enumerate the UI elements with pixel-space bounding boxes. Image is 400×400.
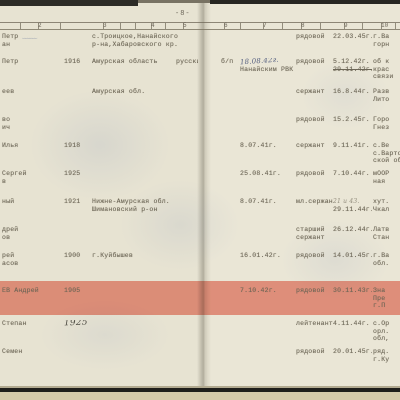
column-tick [20,23,21,29]
text-line: 1905 [64,287,92,295]
text-line: Горо [373,116,400,124]
text-line: рядовой [296,33,333,41]
cell-date: 4.11.44г. [333,320,372,328]
text-line: ич [2,124,62,132]
text-line: 1921 [64,198,92,206]
cell-rank: рядовой [296,58,333,66]
page-number: -8- [175,10,191,18]
text-line: г.П [373,302,400,310]
column-number: 10 [381,22,388,29]
text-line: 21 и 43. [333,198,372,206]
column-number: 7 [263,22,267,29]
cell-notes: ГороГнез [373,116,400,131]
text-line: 29.11.42г. [333,66,372,74]
cell-notes: ЛатвСтан [373,226,400,241]
cell-name: ный [2,198,62,206]
page-fold-seam [197,0,211,400]
text-line: 29.11.44г. [333,206,372,214]
column-number: 3 [103,22,107,29]
text-line: 7.10.44г. [333,170,372,178]
text-line: 4.11.44г. [333,320,372,328]
column-tick [320,23,321,29]
text-line: 15.2.45г. [333,116,372,124]
text-line: старший [296,226,333,234]
text-line: 8.07.41г. [240,198,295,206]
cell-name: Семен [2,348,62,356]
cell-name: Сергейв [2,170,62,185]
cell-notes: ЗнаПрег.П [373,287,400,310]
text-line: 30.11.43г. [333,287,372,295]
column-tick [165,23,166,29]
cell-name: ЕВ Андрей [2,287,62,295]
cell-enlistment: 25.08.41г. [240,170,295,178]
cell-birth-year: 1925 [64,320,92,328]
cell-date: 16.8.44г. [333,88,372,96]
cell-birth-year: 1916 [64,58,92,66]
cell-name: дрейов [2,226,62,241]
text-line: с.Троицкое,Нанайского [92,33,192,41]
cell-rank: мл.сержант [296,198,333,206]
column-tick [240,23,241,29]
text-line: 1925 [64,320,88,328]
text-line: р-на,Хабаровского кр. [92,41,192,49]
cell-rank: рядовой [296,33,333,41]
text-line: 26.12.44г. [333,226,372,234]
cell-date: 5.12.42г.29.11.42г. [333,58,372,73]
column-number: 4 [151,22,155,29]
cell-date: 7.10.44г. [333,170,372,178]
cell-date: 9.11.41г. [333,142,372,150]
text-line: 1925 [64,170,92,178]
cell-name: Степан [2,320,62,328]
photo-edge [210,0,400,4]
cell-name: Илья [2,142,62,150]
text-line: 7.10.42г. [240,287,295,295]
column-tick [362,23,363,29]
text-line: 20.01.45г. [333,348,372,356]
text-line: с.Ве [373,142,400,150]
cell-rank: рядовой [296,287,333,295]
text-line: Зна [373,287,400,295]
text-line: Амурская обл. [92,88,192,96]
cell-enlistment: 8.07.41г. [240,198,295,206]
text-line: лейтенант [296,320,333,328]
cell-date: 21 и 43.29.11.44г. [333,198,372,213]
cell-birth-year: 1925 [64,170,92,178]
text-line: обл. [373,260,400,268]
cell-date: 15.2.45г. [333,116,372,124]
text-line: рядовой [296,116,333,124]
text-line: рядовой [296,170,333,178]
column-number: 6 [224,22,228,29]
column-tick [282,23,283,29]
column-tick [395,23,396,29]
cell-birth-year: 1905 [64,287,92,295]
text-line: 5.12.42г. [333,58,372,66]
column-tick [60,23,61,29]
text-line: обл, [373,335,400,343]
text-line: об к [373,58,400,66]
cell-rank: старшийсержант [296,226,333,241]
backing-surface [0,392,400,400]
text-line: Чкал [373,206,400,214]
text-line: б/п [221,58,239,66]
cell-notes: с.Орорл.обл, [373,320,400,343]
text-line: сержант [296,234,333,242]
cell-rank: лейтенант [296,320,333,328]
text-line: ная [373,178,400,186]
text-line: Нижне-Амурская обл. [92,198,192,206]
text-line: Гнез [373,124,400,132]
cell-enlistment: 18.08.42г.Нанайским РВК [240,58,295,73]
text-line: Петр [2,58,62,66]
cell-notes: г.Вагорн [373,33,400,48]
text-line: асов [2,260,62,268]
cell-rank: рядовой [296,116,333,124]
cell-rank: рядовой [296,252,333,260]
cell-enlistment: 16.01.42г. [240,252,295,260]
text-line: г.Куйбышев [92,252,192,260]
text-line: хут. [373,198,400,206]
column-number: 9 [344,22,348,29]
text-line: Сергей [2,170,62,178]
text-line: Пре [373,295,400,303]
cell-birth-year: 1900 [64,252,92,260]
cell-notes: РазвЛито [373,88,400,103]
text-line: связи [373,73,400,81]
text-line: мл.сержант [296,198,333,206]
text-line: с.Вартово,Мос [373,150,400,158]
photo-edge [138,0,210,3]
text-line: 1916 [64,58,92,66]
text-line: Петр ﹏﹏ [2,33,62,41]
cell-nationality: русский [176,58,198,66]
text-line: крас [373,66,400,74]
table-header-rule [0,29,400,30]
text-line: во [2,116,62,124]
text-line: ряд. [373,348,400,356]
text-line: 14.01.45г. [333,252,372,260]
text-line: Латв [373,226,400,234]
cell-notes: г.Ваобл. [373,252,400,267]
cell-birthplace: Нижне-Амурская обл.Шимановский р-он [92,198,192,213]
text-line: 16.01.42г. [240,252,295,260]
text-line: с.Ор [373,320,400,328]
text-line: Нанайским РВК [240,66,295,74]
cell-rank: рядовой [296,348,333,356]
cell-name: Петр [2,58,62,66]
text-line: орл. [373,328,400,336]
text-line: 1918 [64,142,92,150]
text-line: Лито [373,96,400,104]
text-line: 22.03.45г. [333,33,372,41]
column-number: 5 [183,22,187,29]
text-line: ный [2,198,62,206]
text-line: ов [2,234,62,242]
cell-notes: хут.Чкал [373,198,400,213]
column-number: 2 [38,22,42,29]
text-line: Степан [2,320,62,328]
cell-date: 22.03.45г. [333,33,372,41]
column-number: 8 [301,22,305,29]
text-line: 25.08.41г. [240,170,295,178]
cell-rank: рядовой [296,170,333,178]
cell-date: 30.11.43г. [333,287,372,295]
text-line: Стан [373,234,400,242]
cell-notes: ряд.г.Ку [373,348,400,363]
cell-name: рейасов [2,252,62,267]
cell-rank: сержант [296,142,333,150]
cell-birthplace: с.Троицкое,Нанайскогор-на,Хабаровского к… [92,33,192,48]
text-line: горн [373,41,400,49]
cell-name: еев [2,88,62,96]
cell-name: воич [2,116,62,131]
cell-birth-year: 1921 [64,198,92,206]
text-line: г.Ку [373,356,400,364]
text-line: г.Ва [373,33,400,41]
text-line: 8.07.41г. [240,142,295,150]
text-line: ской обл. [373,157,400,165]
text-line: Шимановский р-он [92,206,192,214]
text-line: Разв [373,88,400,96]
cell-birthplace: г.Куйбышев [92,252,192,260]
text-line: дрей [2,226,62,234]
text-line: рядовой [296,287,333,295]
text-line: Илья [2,142,62,150]
text-line: ан [2,41,62,49]
text-line: еев [2,88,62,96]
text-line: Семен [2,348,62,356]
cell-notes: мООРная [373,170,400,185]
column-tick [135,23,136,29]
cell-date: 14.01.45г. [333,252,372,260]
cell-notes: об ккрассвязи [373,58,400,81]
cell-birth-year: 1918 [64,142,92,150]
text-line: рядовой [296,252,333,260]
text-line: в [2,178,62,186]
text-line: 9.11.41г. [333,142,372,150]
cell-enlistment: 7.10.42г. [240,287,295,295]
text-line: 1900 [64,252,92,260]
text-line: ЕВ Андрей [2,287,62,295]
text-line: рей [2,252,62,260]
cell-notes: с.Вес.Вартово,Мосской обл. [373,142,400,165]
scanned-document-page: -8- 2345678910 Петр ﹏﹏анс.Троицкое,Нанай… [0,0,400,400]
text-line: рядовой [296,58,333,66]
text-line: мООР [373,170,400,178]
cell-enlistment: 8.07.41г. [240,142,295,150]
photo-edge [0,0,138,6]
text-line: г.Ва [373,252,400,260]
cell-date: 26.12.44г. [333,226,372,234]
text-line: русский [176,58,198,66]
text-line: рядовой [296,348,333,356]
cell-rank: сержант [296,88,333,96]
cell-party-status: б/п [221,58,239,66]
text-line: сержант [296,142,333,150]
handwriting-scribble: ﹏﹏ [18,33,36,41]
cell-date: 20.01.45г. [333,348,372,356]
column-tick [120,23,121,29]
cell-birthplace: Амурская обл. [92,88,192,96]
text-line: 16.8.44г. [333,88,372,96]
cell-name: Петр ﹏﹏ан [2,33,62,48]
text-line: сержант [296,88,333,96]
